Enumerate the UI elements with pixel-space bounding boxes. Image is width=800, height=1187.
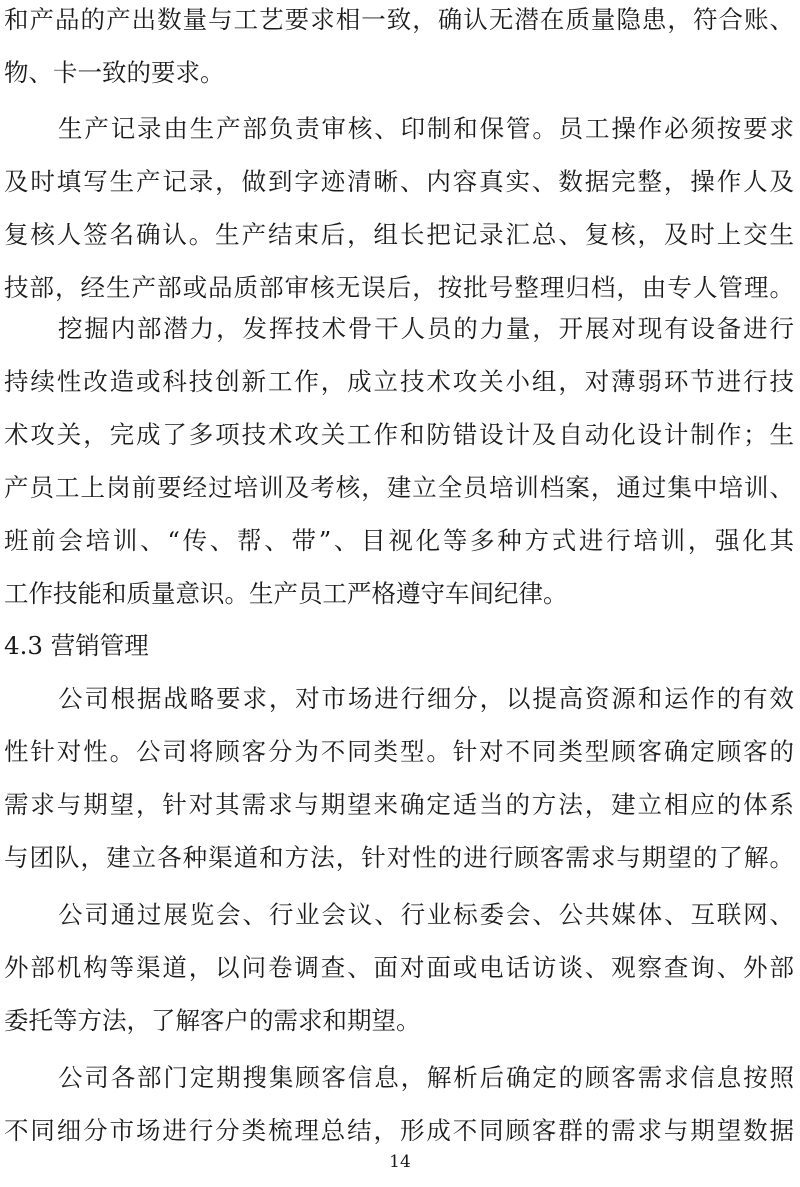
paragraph-line: 需求与期望，针对其需求与期望来确定适当的方法，建立相应的体系 <box>4 789 794 821</box>
paragraph-line: 产员工上岗前要经过培训及考核，建立全员培训档案，通过集中培训、 <box>4 472 794 504</box>
paragraph-line: 挖掘内部潜力，发挥技术骨干人员的力量，开展对现有设备进行 <box>58 313 794 345</box>
paragraph-line: 委托等方法，了解客户的需求和期望。 <box>4 1005 794 1037</box>
paragraph-line: 公司各部门定期搜集顾客信息，解析后确定的顾客需求信息按照 <box>58 1062 794 1094</box>
page-number: 14 <box>0 1152 800 1172</box>
document-page: 和产品的产出数量与工艺要求相一致，确认无潜在质量隐患，符合账、 物、卡一致的要求… <box>0 0 800 1187</box>
paragraph-line: 及时填写生产记录，做到字迹清晰、内容真实、数据完整，操作人及 <box>4 166 794 198</box>
section-heading: 4.3 营销管理 <box>4 630 149 662</box>
paragraph-line: 术攻关，完成了多项技术攻关工作和防错设计及自动化设计制作；生 <box>4 419 794 451</box>
paragraph-line: 公司通过展览会、行业会议、行业标委会、公共媒体、互联网、 <box>58 899 794 931</box>
paragraph-line: 不同细分市场进行分类梳理总结，形成不同顾客群的需求与期望数据 <box>4 1115 794 1147</box>
paragraph-line: 持续性改造或科技创新工作，成立技术攻关小组，对薄弱环节进行技 <box>4 366 794 398</box>
paragraph-line: 性针对性。公司将顾客分为不同类型。针对不同类型顾客确定顾客的 <box>4 736 794 768</box>
paragraph-line: 复核人签名确认。生产结束后，组长把记录汇总、复核，及时上交生 <box>4 219 794 251</box>
paragraph-line: 外部机构等渠道，以问卷调查、面对面或电话访谈、观察查询、外部 <box>4 952 794 984</box>
paragraph-line: 班前会培训、“传、帮、带”、目视化等多种方式进行培训，强化其 <box>4 525 794 557</box>
paragraph-line: 与团队，建立各种渠道和方法，针对性的进行顾客需求与期望的了解。 <box>4 842 794 874</box>
paragraph-line: 物、卡一致的要求。 <box>4 57 794 89</box>
paragraph-line: 技部，经生产部或品质部审核无误后，按批号整理归档，由专人管理。 <box>4 272 794 304</box>
paragraph-line: 生产记录由生产部负责审核、印制和保管。员工操作必须按要求 <box>58 113 794 145</box>
paragraph-line: 工作技能和质量意识。生产员工严格遵守车间纪律。 <box>4 578 794 610</box>
paragraph-line: 和产品的产出数量与工艺要求相一致，确认无潜在质量隐患，符合账、 <box>4 4 794 36</box>
paragraph-line: 公司根据战略要求，对市场进行细分，以提高资源和运作的有效 <box>58 683 794 715</box>
